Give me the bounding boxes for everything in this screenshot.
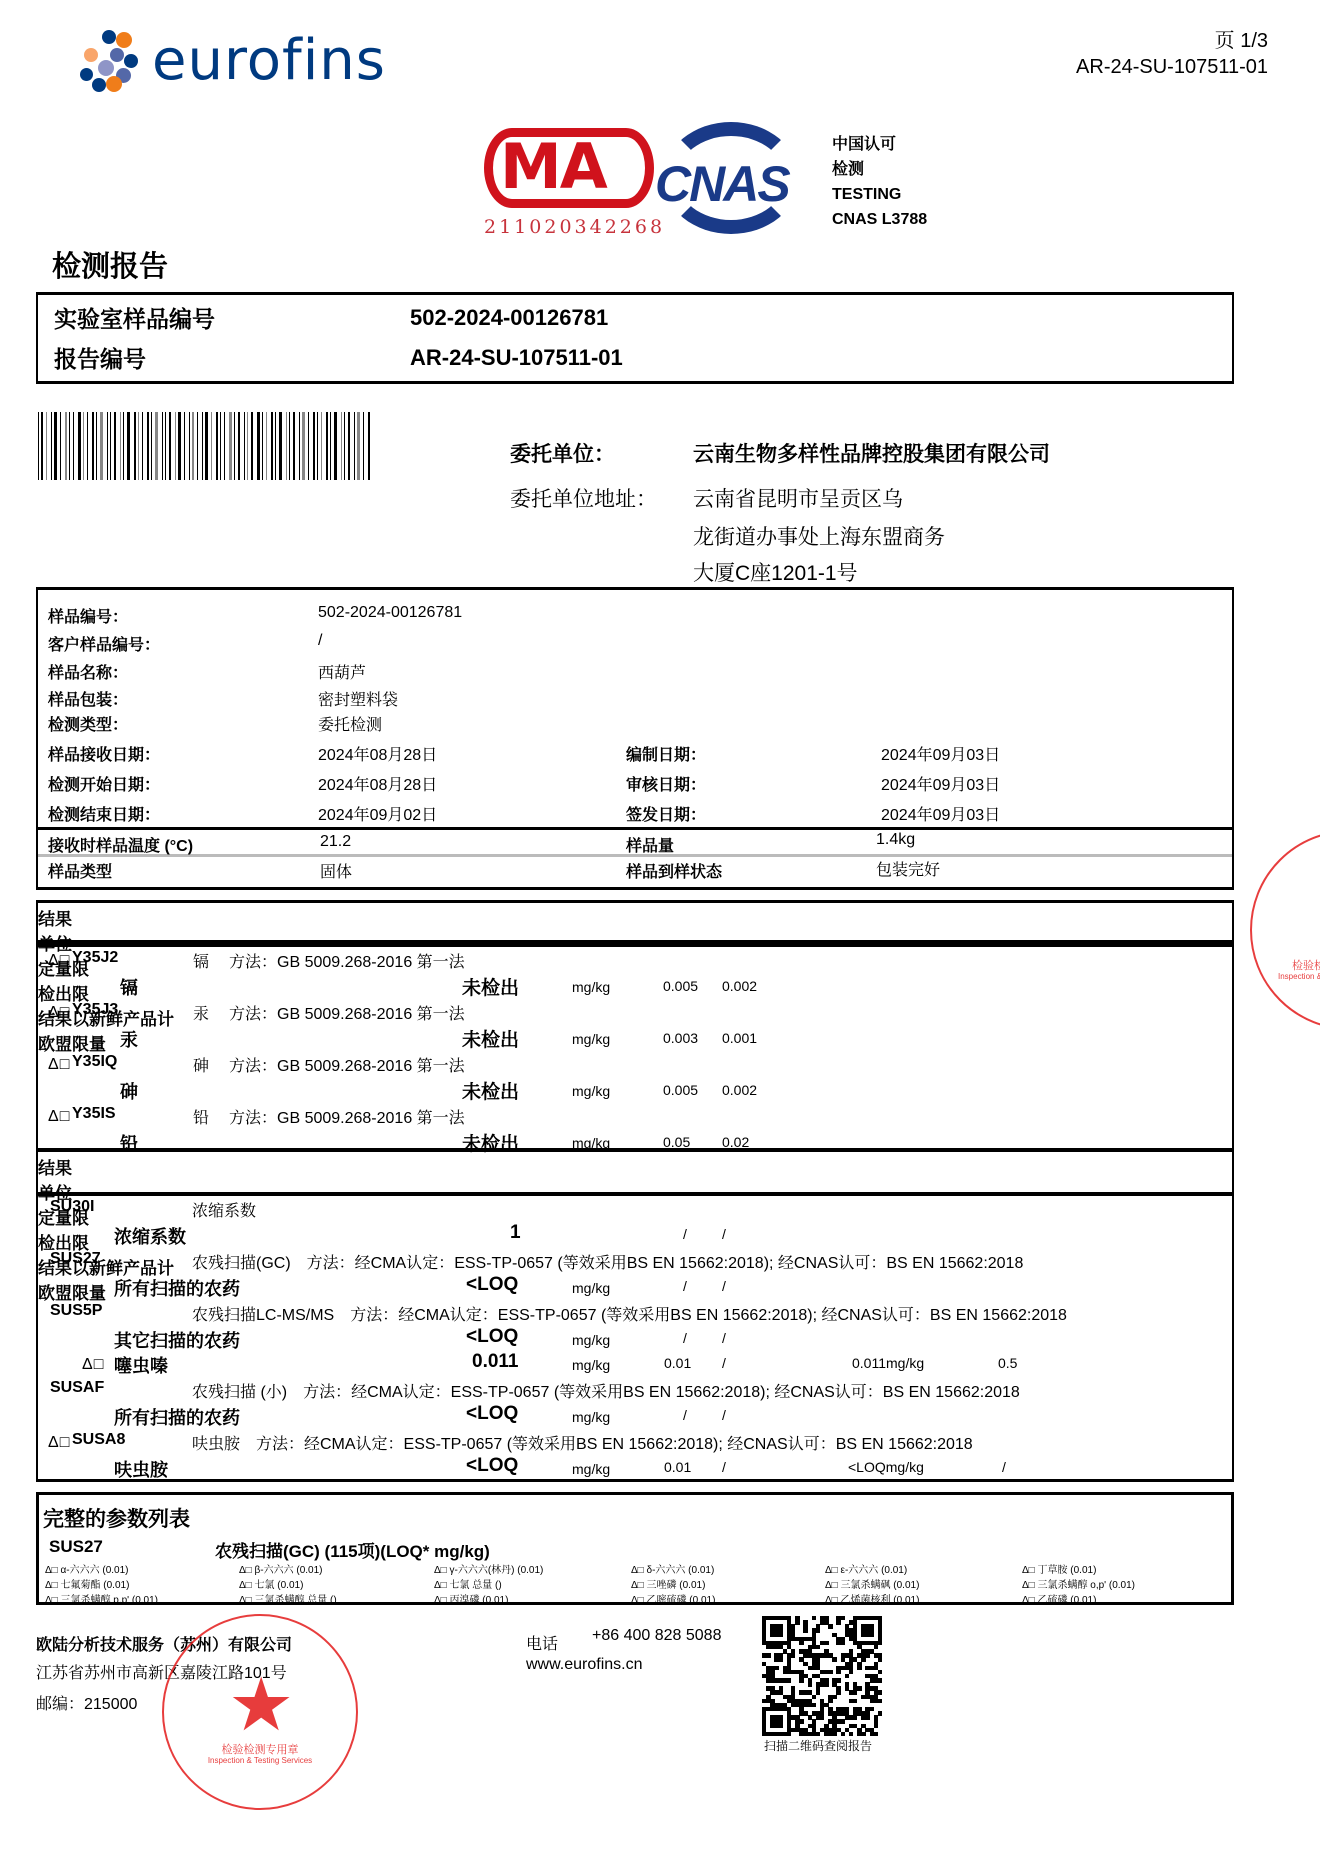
barcode-bar bbox=[127, 412, 130, 480]
qr-module bbox=[874, 1724, 878, 1728]
barcode-bar bbox=[299, 412, 300, 480]
barcode-bar bbox=[134, 412, 136, 480]
barcode-bar bbox=[271, 412, 273, 480]
barcode-bar bbox=[73, 412, 74, 480]
parameter-item: Δ□ α-六六六 (0.01) bbox=[45, 1561, 129, 1576]
qr-module bbox=[874, 1732, 878, 1736]
qr-module bbox=[816, 1690, 820, 1694]
cnas-letters: CNAS bbox=[655, 155, 789, 213]
parameter-item: Δ□ 七氯 总量 () bbox=[434, 1576, 502, 1591]
parameter-item: Δ□ 丙溴磷 (0.01) bbox=[434, 1591, 508, 1606]
parameter-item: Δ□ 乙硫磷 (0.01) bbox=[1022, 1591, 1096, 1606]
qr-module bbox=[845, 1674, 849, 1678]
lod-value: / bbox=[722, 1330, 726, 1346]
star-icon: ★ bbox=[228, 1668, 294, 1742]
sample-field-value: 固体 bbox=[320, 859, 352, 882]
accreditation-mark: Δ□ bbox=[82, 1356, 104, 1374]
parameter-item: Δ□ ε-六六六 (0.01) bbox=[825, 1561, 907, 1576]
qr-module bbox=[779, 1633, 783, 1637]
qr-caption: 扫描二维码查阅报告 bbox=[764, 1737, 872, 1754]
qr-module bbox=[832, 1657, 836, 1661]
qr-module bbox=[799, 1641, 803, 1645]
sample-field-value: 2024年09月03日 bbox=[881, 772, 1000, 795]
qr-module bbox=[803, 1628, 807, 1632]
qr-module bbox=[857, 1666, 861, 1670]
result-unit: mg/kg bbox=[572, 1280, 610, 1296]
sample-field-value: 2024年09月03日 bbox=[881, 802, 1000, 825]
sample-field-label: 检测开始日期： bbox=[48, 772, 160, 795]
parameter-item: Δ□ 三氯杀螨醇 总量 () bbox=[239, 1591, 337, 1606]
barcode-bar bbox=[46, 412, 47, 480]
eu-limit: / bbox=[1002, 1459, 1006, 1475]
client-name-label: 委托单位： bbox=[510, 438, 615, 468]
parameter-list-title: 完整的参数列表 bbox=[43, 1503, 190, 1533]
qr-module bbox=[799, 1678, 803, 1682]
qr-module bbox=[836, 1670, 840, 1674]
qr-module bbox=[878, 1699, 882, 1703]
report-number-value: AR-24-SU-107511-01 bbox=[410, 345, 623, 371]
qr-module bbox=[870, 1633, 874, 1637]
qr-module bbox=[787, 1678, 791, 1682]
sample-field-label: 编制日期： bbox=[626, 742, 706, 765]
barcode-bar bbox=[60, 412, 61, 480]
analyte-name: 浓缩系数 bbox=[114, 1223, 186, 1249]
cma-logo: MA 211020342268 bbox=[480, 128, 655, 228]
qr-module bbox=[878, 1711, 882, 1715]
qr-module bbox=[836, 1690, 840, 1694]
barcode-bar bbox=[279, 412, 282, 480]
accreditation-mark: Δ□ bbox=[48, 952, 70, 970]
lod-value: / bbox=[722, 1355, 726, 1371]
lod-value: 0.002 bbox=[722, 978, 757, 994]
document-title: 检测报告 bbox=[52, 244, 168, 285]
eurofins-logo: eurofins bbox=[80, 26, 386, 96]
barcode-bar bbox=[205, 412, 208, 480]
result-unit: mg/kg bbox=[572, 1357, 610, 1373]
test-code: SUSA8 bbox=[72, 1431, 125, 1449]
cnas-info-line: TESTING bbox=[832, 182, 927, 207]
sample-field-label: 样品接收日期： bbox=[48, 742, 160, 765]
parameter-item: Δ□ γ-六六六(林丹) (0.01) bbox=[434, 1561, 543, 1576]
barcode-bar bbox=[65, 412, 67, 480]
test-method: 方法：GB 5009.268-2016 第一法 bbox=[229, 1105, 465, 1128]
analyte-name: 镉 bbox=[120, 974, 138, 1000]
barcode-bar bbox=[83, 412, 84, 480]
barcode-bar bbox=[266, 412, 267, 480]
fresh-result: <LOQmg/kg bbox=[848, 1459, 924, 1475]
barcode-bar bbox=[197, 412, 198, 480]
loq-value: 0.01 bbox=[664, 1459, 691, 1475]
eu-limit: 0.5 bbox=[998, 1355, 1017, 1371]
client-address-label: 委托单位地址： bbox=[510, 483, 657, 513]
lab-sample-label: 实验室样品编号 bbox=[54, 301, 215, 334]
barcode-bar bbox=[368, 412, 370, 480]
official-seal-stamp: ★ 检验检测专用章 Inspection & Testing Services bbox=[162, 1614, 358, 1810]
parameter-item: Δ□ 乙嘧硫磷 (0.01) bbox=[631, 1591, 715, 1606]
barcode-bar bbox=[321, 412, 322, 480]
qr-module bbox=[870, 1707, 874, 1711]
result-value: 未检出 bbox=[462, 1025, 519, 1052]
parameter-item: Δ□ 七氟菊酯 (0.01) bbox=[45, 1576, 129, 1591]
barcode-bar bbox=[202, 412, 203, 480]
loq-value: 0.005 bbox=[663, 978, 698, 994]
barcode-bar bbox=[92, 412, 94, 480]
sample-field-label: 审核日期： bbox=[626, 772, 706, 795]
qr-module bbox=[878, 1690, 882, 1694]
barcode-bar bbox=[142, 412, 143, 480]
lod-value: 0.02 bbox=[722, 1134, 749, 1150]
test-code: SUS5P bbox=[50, 1302, 102, 1320]
test-code: Y35IQ bbox=[72, 1053, 117, 1071]
qr-module bbox=[865, 1653, 869, 1657]
seal-center-cn: 检验检测专用章 bbox=[1292, 957, 1320, 973]
barcode-bar bbox=[247, 412, 248, 480]
qr-module bbox=[812, 1703, 816, 1707]
qr-module bbox=[824, 1682, 828, 1686]
barcode-bar bbox=[184, 412, 185, 480]
result-value: 未检出 bbox=[462, 973, 519, 1000]
barcode-bar bbox=[107, 412, 108, 480]
analyte-short: 汞 bbox=[193, 1001, 209, 1024]
sample-field-label: 样品到样状态 bbox=[626, 859, 722, 882]
sample-field-label: 签发日期： bbox=[626, 802, 706, 825]
barcode-bar bbox=[151, 412, 152, 480]
lod-value: / bbox=[722, 1226, 726, 1242]
barcode-bar bbox=[238, 412, 240, 480]
qr-module bbox=[787, 1732, 791, 1736]
analyte-name: 汞 bbox=[120, 1026, 138, 1052]
barcode-bar bbox=[262, 412, 263, 480]
sample-field-value: 2024年09月02日 bbox=[318, 802, 437, 825]
parameter-item: Δ□ δ-六六六 (0.01) bbox=[631, 1561, 714, 1576]
sample-field-label: 检测结束日期： bbox=[48, 802, 160, 825]
client-address-line: 龙街道办事处上海东盟商务 bbox=[693, 521, 945, 551]
barcode-bar bbox=[330, 412, 331, 480]
qr-module bbox=[774, 1666, 778, 1670]
accreditation-mark: Δ□ bbox=[48, 1056, 70, 1074]
cnas-accreditation: 中国认可 检测 TESTING CNAS L3788 bbox=[832, 132, 927, 232]
qr-module bbox=[849, 1732, 853, 1736]
barcode-bar bbox=[100, 412, 103, 480]
result-unit: mg/kg bbox=[572, 1031, 610, 1047]
client-name-value: 云南生物多样性品牌控股集团有限公司 bbox=[693, 438, 1050, 468]
barcode-bar bbox=[165, 412, 166, 480]
phone-number: +86 400 828 5088 bbox=[592, 1627, 721, 1645]
sample-field-value: 1.4kg bbox=[876, 831, 915, 849]
barcode-bar bbox=[317, 412, 318, 480]
barcode-bar bbox=[275, 412, 276, 480]
qr-module bbox=[799, 1719, 803, 1723]
accreditation-mark: Δ□ bbox=[48, 1108, 70, 1126]
barcode-bar bbox=[54, 412, 57, 480]
barcode-bar bbox=[251, 412, 253, 480]
analyte-name: 所有扫描的农药 bbox=[114, 1275, 240, 1301]
report-number-label: 报告编号 bbox=[54, 341, 146, 374]
qr-module bbox=[878, 1670, 882, 1674]
qr-module bbox=[853, 1690, 857, 1694]
barcode-bar bbox=[155, 412, 158, 480]
cma-number: 211020342268 bbox=[484, 216, 665, 238]
result-value: 1 bbox=[510, 1222, 521, 1244]
analyte-name: 所有扫描的农药 bbox=[114, 1404, 240, 1430]
brand-name: eurofins bbox=[152, 33, 386, 89]
lod-value: / bbox=[722, 1407, 726, 1423]
sample-field-label: 接收时样品温度 (°C) bbox=[48, 833, 193, 856]
lab-postcode: 邮编：215000 bbox=[36, 1691, 137, 1714]
test-code: SU30I bbox=[50, 1198, 94, 1216]
qr-module bbox=[816, 1645, 820, 1649]
sample-field-value: / bbox=[318, 632, 322, 650]
loq-value: 0.01 bbox=[664, 1355, 691, 1371]
divider bbox=[38, 827, 1232, 830]
cnas-info-line: 中国认可 bbox=[832, 132, 927, 157]
qr-module bbox=[861, 1657, 865, 1661]
sample-field-label: 样品包装： bbox=[48, 687, 128, 710]
barcode-bar bbox=[78, 412, 81, 480]
sample-field-label: 检测类型： bbox=[48, 712, 128, 735]
result-value: 未检出 bbox=[462, 1077, 519, 1104]
test-code: Y35J3 bbox=[72, 1001, 118, 1019]
edge-seal-stamp: 检验检测专用章 Inspection & Testing Services bbox=[1250, 830, 1320, 1030]
test-code: SUSAF bbox=[50, 1379, 104, 1397]
parameter-item: Δ□ 三唑磷 (0.01) bbox=[631, 1576, 705, 1591]
parameter-item: Δ□ 丁草胺 (0.01) bbox=[1022, 1561, 1096, 1576]
qr-module bbox=[766, 1653, 770, 1657]
qr-module bbox=[828, 1699, 832, 1703]
barcode-bar bbox=[162, 412, 163, 480]
eurofins-dots-icon bbox=[80, 30, 142, 92]
barcode-bar bbox=[302, 412, 305, 480]
website-link[interactable]: www.eurofins.cn bbox=[526, 1656, 643, 1674]
barcode-bar bbox=[293, 412, 295, 480]
qr-module bbox=[812, 1616, 816, 1620]
qr-module bbox=[812, 1695, 816, 1699]
barcode-bar bbox=[220, 412, 221, 480]
barcode-bar bbox=[175, 412, 176, 480]
qr-module bbox=[779, 1724, 783, 1728]
result-unit: mg/kg bbox=[572, 1409, 610, 1425]
qr-module bbox=[816, 1732, 820, 1736]
analyte-short: 铅 bbox=[193, 1105, 209, 1128]
result-unit: mg/kg bbox=[572, 1461, 610, 1477]
test-method: 方法：GB 5009.268-2016 第一法 bbox=[229, 1001, 465, 1024]
loq-value: 0.003 bbox=[663, 1030, 698, 1046]
barcode-bar bbox=[178, 412, 181, 480]
qr-module bbox=[861, 1732, 865, 1736]
qr-module bbox=[836, 1678, 840, 1682]
barcode-bar bbox=[344, 412, 345, 480]
sample-field-label: 样品量 bbox=[626, 833, 674, 856]
cnas-logo: CNAS bbox=[655, 122, 805, 232]
lab-sample-value: 502-2024-00126781 bbox=[410, 305, 608, 331]
sample-field-value: 密封塑料袋 bbox=[318, 687, 398, 710]
column-header-result: 结果 bbox=[38, 905, 1232, 930]
parameter-code: SUS27 bbox=[49, 1537, 103, 1557]
barcode-bar bbox=[110, 412, 111, 480]
barcode-bar bbox=[341, 412, 342, 480]
result-value: <LOQ bbox=[466, 1326, 518, 1348]
qr-module bbox=[878, 1657, 882, 1661]
qr-module bbox=[824, 1641, 828, 1645]
result-unit: mg/kg bbox=[572, 1083, 610, 1099]
loq-value: / bbox=[683, 1278, 687, 1294]
sample-field-value: 委托检测 bbox=[318, 712, 382, 735]
barcode-bar bbox=[51, 412, 52, 480]
report-id-box: 实验室样品编号 502-2024-00126781 报告编号 AR-24-SU-… bbox=[36, 292, 1234, 384]
test-method: 农残扫描LC-MS/MS 方法：经CMA认定：ESS-TP-0657 (等效采用… bbox=[192, 1302, 1067, 1325]
qr-module bbox=[853, 1715, 857, 1719]
barcode-bar bbox=[289, 412, 290, 480]
qr-module bbox=[853, 1699, 857, 1703]
qr-module bbox=[841, 1719, 845, 1723]
barcode-bar bbox=[87, 412, 88, 480]
analyte-short: 镉 bbox=[193, 949, 209, 972]
qr-module bbox=[828, 1670, 832, 1674]
accreditation-mark: Δ□ bbox=[48, 1434, 70, 1452]
loq-value: / bbox=[683, 1226, 687, 1242]
sample-field-value: 西葫芦 bbox=[318, 660, 366, 683]
qr-module bbox=[878, 1678, 882, 1682]
result-unit: mg/kg bbox=[572, 1332, 610, 1348]
qr-module bbox=[865, 1715, 869, 1719]
qr-module bbox=[832, 1695, 836, 1699]
test-method: 方法：GB 5009.268-2016 第一法 bbox=[229, 1053, 465, 1076]
parameter-item: Δ□ 三氯杀螨醇 o,p' (0.01) bbox=[1022, 1576, 1135, 1591]
barcode-bar bbox=[348, 412, 350, 480]
barcode-bar bbox=[192, 412, 194, 480]
fresh-result: 0.011mg/kg bbox=[852, 1355, 924, 1371]
sample-field-value: 2024年08月28日 bbox=[318, 772, 437, 795]
lod-value: 0.001 bbox=[722, 1030, 757, 1046]
qr-module bbox=[791, 1653, 795, 1657]
result-value: <LOQ bbox=[466, 1403, 518, 1425]
seal-center-cn: 检验检测专用章 bbox=[164, 1741, 356, 1757]
cnas-info-line: 检测 bbox=[832, 157, 927, 182]
lod-value: / bbox=[722, 1278, 726, 1294]
analyte-name: 噻虫嗪 bbox=[114, 1352, 168, 1378]
qr-module bbox=[857, 1686, 861, 1690]
accreditation-mark: Δ□ bbox=[48, 1004, 70, 1022]
test-method: 浓缩系数 bbox=[192, 1198, 256, 1221]
barcode-bar bbox=[224, 412, 225, 480]
sample-field-label: 样品编号： bbox=[48, 604, 128, 627]
lod-value: / bbox=[722, 1459, 726, 1475]
metals-results: Δ□Y35J2镉方法：GB 5009.268-2016 第一法镉未检出mg/kg… bbox=[36, 942, 1234, 1152]
parameter-item: Δ□ 乙烯菌核利 (0.01) bbox=[825, 1591, 919, 1606]
barcode-bar bbox=[244, 412, 245, 480]
qr-module bbox=[841, 1641, 845, 1645]
parameter-item: Δ□ β-六六六 (0.01) bbox=[239, 1561, 322, 1576]
barcode-bar bbox=[123, 412, 124, 480]
barcode-bar bbox=[257, 412, 260, 480]
sample-field-label: 样品类型 bbox=[48, 859, 112, 882]
parameter-list: 完整的参数列表 SUS27 农残扫描(GC) (115项)(LOQ* mg/kg… bbox=[36, 1492, 1234, 1605]
qr-module bbox=[779, 1657, 783, 1661]
barcode-bar bbox=[96, 412, 97, 480]
barcode-bar bbox=[69, 412, 70, 480]
analyte-name: 砷 bbox=[120, 1078, 138, 1104]
barcode-bar bbox=[308, 412, 309, 480]
client-address-line: 大厦C座1201-1号 bbox=[693, 557, 858, 587]
barcode-bar bbox=[211, 412, 212, 480]
loq-value: 0.05 bbox=[663, 1134, 690, 1150]
test-method: 呋虫胺 方法：经CMA认定：ESS-TP-0657 (等效采用BS EN 156… bbox=[192, 1431, 973, 1454]
sample-field-value: 2024年08月28日 bbox=[318, 742, 437, 765]
barcode bbox=[38, 412, 463, 480]
qr-code[interactable] bbox=[762, 1616, 884, 1736]
sample-field-label: 样品名称： bbox=[48, 660, 128, 683]
result-unit: mg/kg bbox=[572, 1135, 610, 1151]
test-method: 农残扫描(GC) 方法：经CMA认定：ESS-TP-0657 (等效采用BS E… bbox=[192, 1250, 1023, 1273]
header-report-ref: AR-24-SU-107511-01 bbox=[1076, 54, 1268, 80]
analyte-name: 其它扫描的农药 bbox=[114, 1327, 240, 1353]
result-value: <LOQ bbox=[466, 1455, 518, 1477]
sample-field-value: 包装完好 bbox=[876, 857, 940, 880]
parameter-subtitle: 农残扫描(GC) (115项)(LOQ* mg/kg) bbox=[215, 1537, 490, 1562]
parameter-item: Δ□ 三氯杀螨砜 (0.01) bbox=[825, 1576, 919, 1591]
barcode-bar bbox=[286, 412, 287, 480]
result-unit: mg/kg bbox=[572, 979, 610, 995]
qr-module bbox=[795, 1620, 799, 1624]
sample-field-value: 502-2024-00126781 bbox=[318, 604, 462, 622]
cnas-info-line: CNAS L3788 bbox=[832, 207, 927, 232]
parameter-item: Δ□ 三氯杀螨醇 p,p' (0.01) bbox=[45, 1591, 158, 1606]
barcode-bar bbox=[334, 412, 337, 480]
results-header-1: 结果单位定量限检出限结果以新鲜产品计欧盟限量 bbox=[36, 900, 1234, 942]
qr-module bbox=[832, 1732, 836, 1736]
test-method: 方法：GB 5009.268-2016 第一法 bbox=[229, 949, 465, 972]
result-value: <LOQ bbox=[466, 1274, 518, 1296]
pesticide-results: SU30I浓缩系数浓缩系数1//SUS27农残扫描(GC) 方法：经CMA认定：… bbox=[36, 1192, 1234, 1482]
qr-module bbox=[828, 1624, 832, 1628]
qr-module bbox=[849, 1670, 853, 1674]
test-code: SUS27 bbox=[50, 1250, 101, 1268]
barcode-bar bbox=[147, 412, 149, 480]
phone-label: 电话 bbox=[526, 1631, 558, 1654]
analyte-short: 砷 bbox=[193, 1053, 209, 1076]
barcode-bar bbox=[357, 412, 360, 480]
barcode-bar bbox=[38, 412, 39, 480]
sample-field-value: 2024年09月03日 bbox=[881, 742, 1000, 765]
test-method: 农残扫描 (小) 方法：经CMA认定：ESS-TP-0657 (等效采用BS E… bbox=[192, 1379, 1020, 1402]
sample-info-box: 样品编号：502-2024-00126781客户样品编号：/样品名称：西葫芦样品… bbox=[36, 587, 1234, 890]
column-header-result: 结果 bbox=[38, 1154, 1232, 1179]
page-number: 页 1/3 bbox=[1076, 28, 1268, 54]
parameter-item: Δ□ 七氯 (0.01) bbox=[239, 1576, 303, 1591]
qr-module bbox=[836, 1620, 840, 1624]
barcode-bar bbox=[326, 412, 328, 480]
seal-center-en: Inspection & Testing Services bbox=[1278, 972, 1320, 981]
qr-module bbox=[841, 1616, 845, 1620]
barcode-bar bbox=[189, 412, 190, 480]
loq-value: / bbox=[683, 1330, 687, 1346]
barcode-bar bbox=[234, 412, 235, 480]
barcode-bar bbox=[363, 412, 364, 480]
barcode-bar bbox=[354, 412, 355, 480]
barcode-bar bbox=[120, 412, 121, 480]
page-info: 页 1/3 AR-24-SU-107511-01 bbox=[1076, 28, 1268, 80]
analyte-name: 呋虫胺 bbox=[114, 1456, 168, 1482]
barcode-bar bbox=[229, 412, 232, 480]
lod-value: 0.002 bbox=[722, 1082, 757, 1098]
qr-module bbox=[808, 1682, 812, 1686]
client-address-line: 云南省昆明市呈贡区乌 bbox=[693, 483, 903, 513]
seal-center-en: Inspection & Testing Services bbox=[164, 1756, 356, 1765]
cma-letters: MA bbox=[500, 136, 606, 198]
qr-module bbox=[878, 1641, 882, 1645]
qr-module bbox=[841, 1732, 845, 1736]
barcode-bar bbox=[169, 412, 171, 480]
